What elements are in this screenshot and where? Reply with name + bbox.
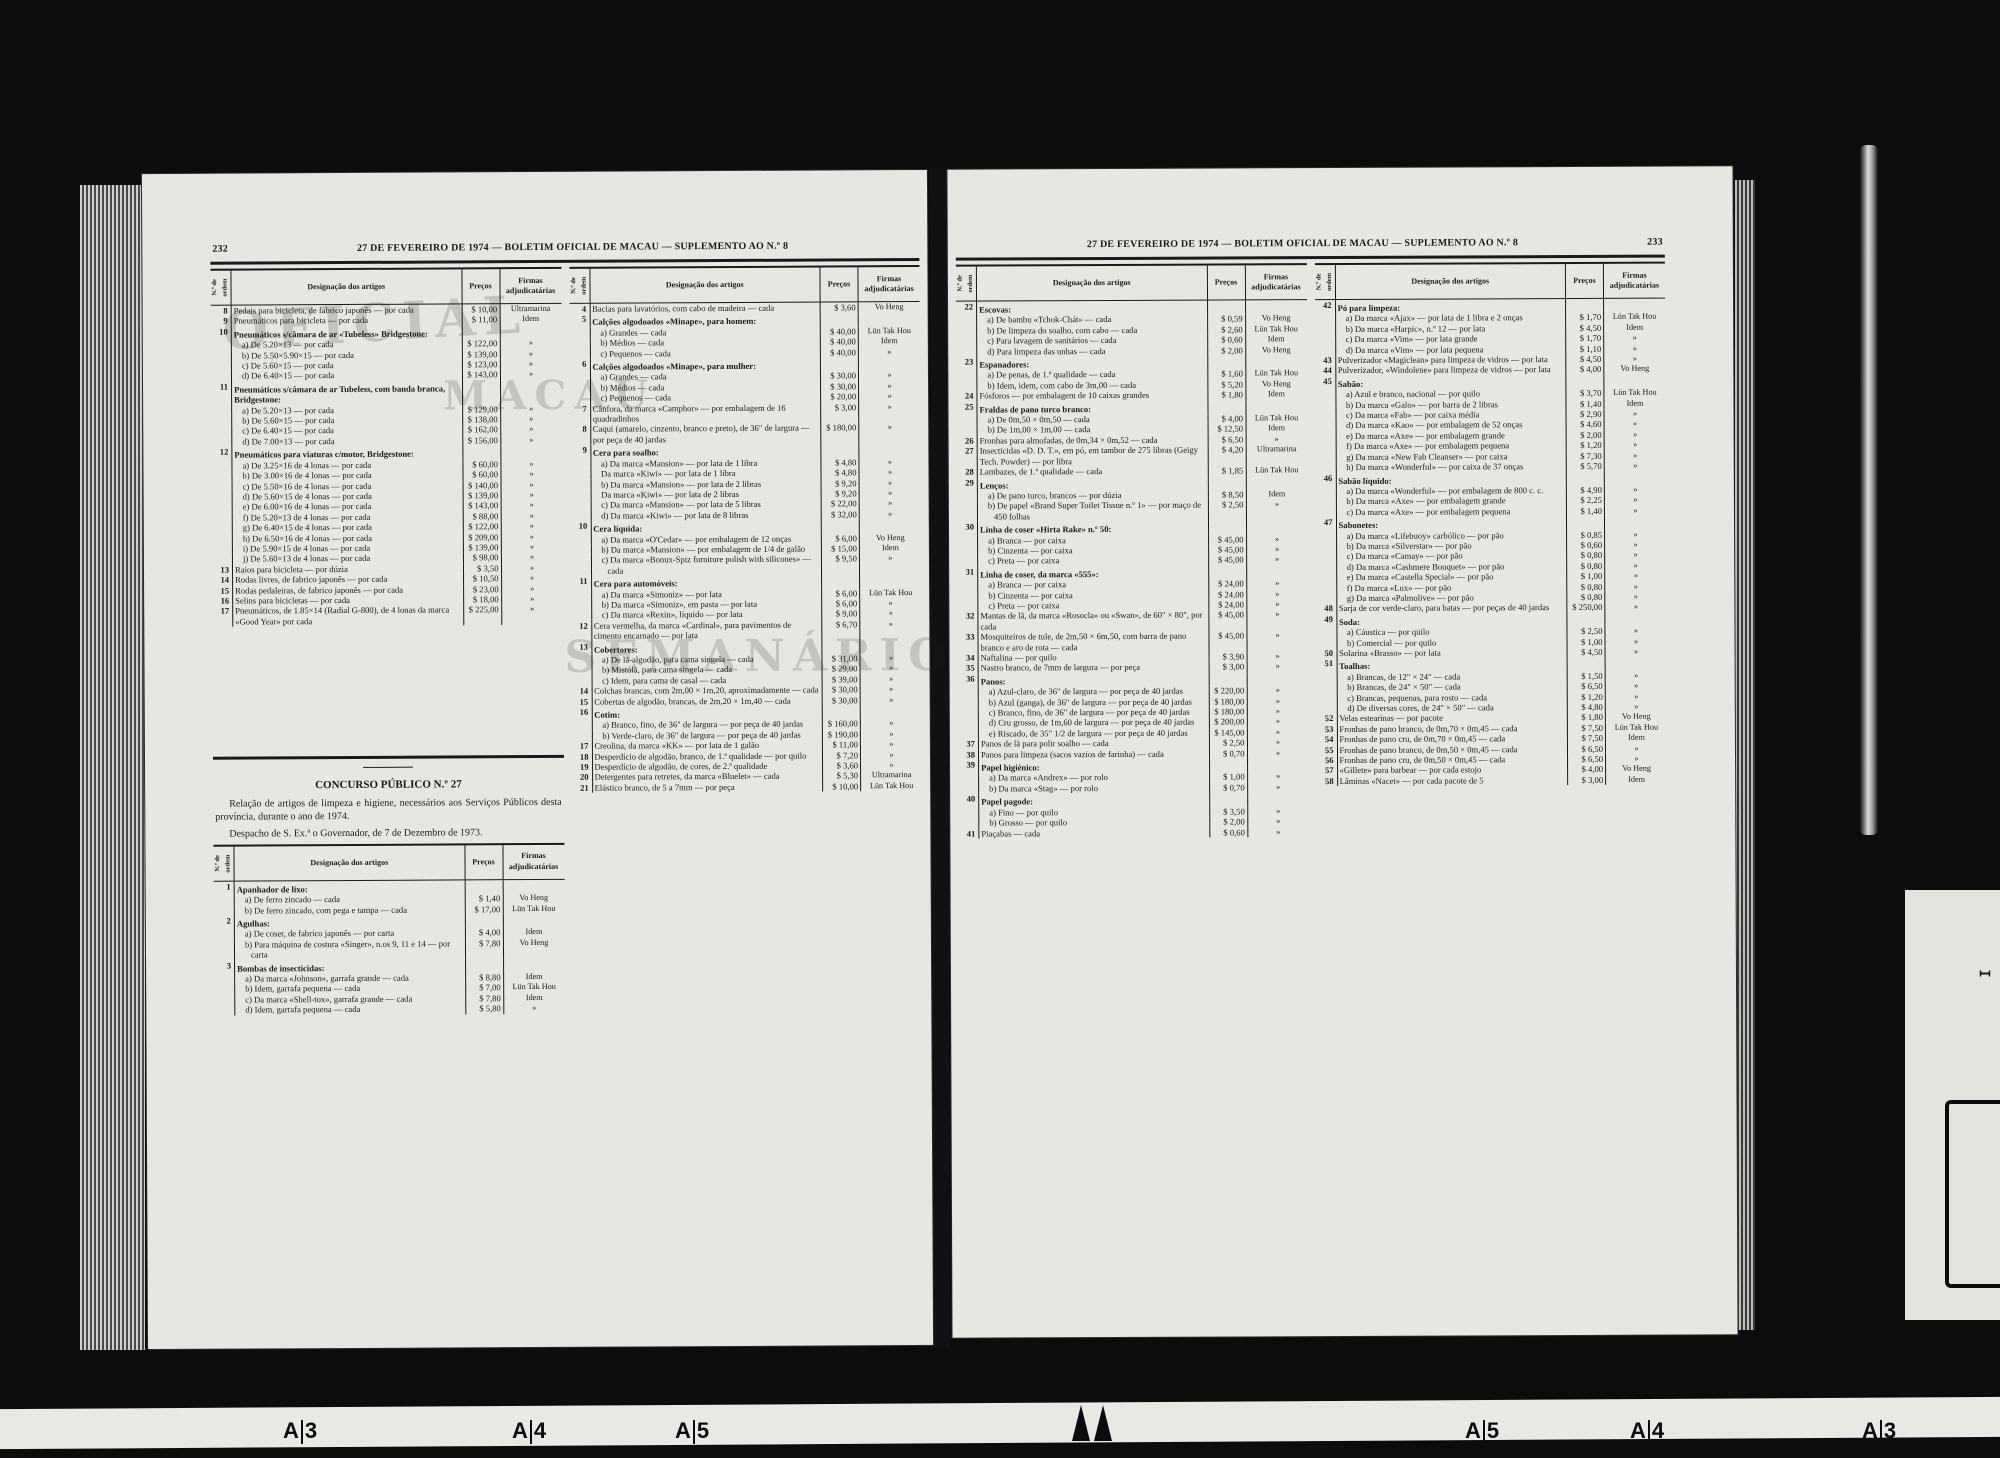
item-firm: » bbox=[500, 435, 562, 446]
item-price: $ 4,80 bbox=[1567, 702, 1605, 713]
item-price: $ 11,00 bbox=[461, 315, 499, 326]
item-price: $ 129,00 bbox=[462, 404, 500, 415]
item-number: 16 bbox=[571, 707, 591, 721]
item-price: $ 40,00 bbox=[820, 326, 858, 337]
item-firm: » bbox=[1605, 670, 1667, 681]
item-number bbox=[214, 905, 234, 916]
item-number bbox=[571, 676, 591, 687]
item-price: $ 1,00 bbox=[1209, 772, 1247, 783]
item-price: $ 15,00 bbox=[821, 543, 859, 554]
item-firm: Idem bbox=[859, 543, 921, 554]
item-firm: » bbox=[1604, 626, 1666, 637]
item-firm: Idem bbox=[1603, 398, 1665, 409]
item-number bbox=[212, 523, 232, 534]
item-firm: Vo Heng bbox=[1603, 364, 1665, 375]
item-price: $ 6,00 bbox=[821, 598, 859, 609]
item-firm: » bbox=[1246, 748, 1308, 759]
item-price bbox=[1207, 355, 1245, 369]
item-number bbox=[571, 610, 591, 621]
item-firm: » bbox=[1604, 592, 1666, 603]
item-number: 49 bbox=[1316, 614, 1336, 627]
item-number bbox=[1315, 462, 1335, 472]
item-price: $ 5,30 bbox=[822, 771, 860, 782]
item-number: 15 bbox=[571, 696, 591, 707]
item-price bbox=[461, 325, 499, 339]
item-firm: Vo Heng bbox=[1245, 345, 1307, 356]
item-price: $ 6,00 bbox=[821, 588, 859, 599]
item-firm: » bbox=[860, 718, 922, 729]
item-firm bbox=[1245, 355, 1307, 369]
item-price: $ 3,60 bbox=[822, 760, 860, 771]
item-firm: » bbox=[1247, 772, 1309, 783]
item-price: $ 3,00 bbox=[820, 402, 858, 423]
item-price: $ 11,00 bbox=[822, 740, 860, 751]
item-price bbox=[1208, 565, 1246, 579]
item-firm: » bbox=[1605, 647, 1667, 658]
item-number: 43 bbox=[1315, 355, 1335, 365]
item-price: $ 8,80 bbox=[465, 972, 503, 983]
item-firm: » bbox=[860, 760, 922, 771]
item-price: $ 7,80 bbox=[464, 938, 502, 959]
item-price: $ 39,00 bbox=[822, 674, 860, 685]
item-firm bbox=[1604, 471, 1666, 485]
item-price: $ 122,00 bbox=[461, 338, 499, 349]
item-number: 34 bbox=[958, 653, 978, 663]
item-price: $ 7,20 bbox=[822, 750, 860, 761]
item-firm: » bbox=[1246, 534, 1308, 545]
item-firm: » bbox=[1247, 827, 1309, 838]
item-firm bbox=[859, 640, 921, 654]
item-firm: Lün Tak Hou bbox=[1603, 312, 1665, 323]
item-designation: Cotim: bbox=[591, 706, 822, 721]
item-firm bbox=[499, 325, 561, 339]
item-number: 52 bbox=[1316, 713, 1336, 723]
item-firm: » bbox=[1246, 706, 1308, 717]
item-price: $ 1,00 bbox=[1566, 636, 1604, 647]
item-firm: » bbox=[858, 370, 920, 381]
item-price: $ 2,50 bbox=[1207, 500, 1245, 521]
table-header: N.º de ordem Designação dos artigos Preç… bbox=[1314, 262, 1665, 301]
item-designation: Linha de coser «Hirta Rake» n.º 50: bbox=[977, 521, 1208, 535]
item-firm: » bbox=[500, 469, 562, 480]
item-number bbox=[957, 425, 977, 435]
item-designation: Toalhas: bbox=[1336, 657, 1567, 671]
item-price bbox=[1207, 476, 1245, 490]
item-price: $ 0,85 bbox=[1566, 529, 1604, 540]
item-number: 39 bbox=[958, 760, 978, 773]
item-firm: Vo Heng bbox=[858, 302, 920, 313]
item-price: $ 22,00 bbox=[821, 499, 859, 510]
item-number: 47 bbox=[1315, 517, 1335, 530]
item-number: 55 bbox=[1316, 745, 1336, 755]
item-price: $ 123,00 bbox=[461, 359, 499, 370]
item-number bbox=[958, 818, 978, 828]
item-price: $ 0,60 bbox=[1209, 827, 1247, 838]
item-number: 3 bbox=[214, 960, 234, 974]
item-number bbox=[569, 372, 589, 383]
item-price: $ 145,00 bbox=[1208, 727, 1246, 738]
item-firm: Idem bbox=[1245, 489, 1307, 500]
item-number bbox=[211, 460, 231, 471]
item-firm: Idem bbox=[1245, 424, 1307, 435]
item-price: $ 12,50 bbox=[1207, 424, 1245, 435]
item-firm: » bbox=[500, 552, 562, 563]
item-number bbox=[1316, 562, 1336, 572]
item-number bbox=[214, 994, 234, 1005]
item-designation: Cera para automóveis: bbox=[591, 575, 822, 590]
item-price: $ 2,90 bbox=[1566, 409, 1604, 420]
item-price: $ 225,00 bbox=[463, 605, 501, 626]
item-price: $ 32,00 bbox=[821, 509, 859, 520]
item-price: $ 4,50 bbox=[1565, 323, 1603, 334]
item-firm: Idem bbox=[1245, 334, 1307, 345]
item-price: $ 209,00 bbox=[462, 532, 500, 543]
item-designation: Caqui (amarelo, cinzento, branco e preto… bbox=[590, 423, 821, 445]
item-price: $ 45,00 bbox=[1208, 534, 1246, 545]
item-price bbox=[1567, 657, 1605, 671]
item-designation: c) Da marca «Bonux-Spiz furniture polish… bbox=[590, 554, 821, 576]
film-marker: A3 bbox=[1862, 1418, 1896, 1444]
item-firm: » bbox=[1246, 554, 1308, 565]
item-price: $ 10,00 bbox=[461, 304, 499, 315]
item-price bbox=[821, 574, 859, 588]
item-firm: » bbox=[1604, 550, 1666, 561]
item-price: $ 3,00 bbox=[1208, 662, 1246, 673]
item-firm: » bbox=[860, 750, 922, 761]
item-number: 6 bbox=[569, 359, 589, 373]
item-price: $ 1,80 bbox=[1567, 712, 1605, 723]
item-firm: » bbox=[1247, 816, 1309, 827]
item-price: $ 0,80 bbox=[1566, 550, 1604, 561]
item-number bbox=[956, 380, 976, 390]
item-firm bbox=[1245, 300, 1307, 314]
item-number: 15 bbox=[212, 585, 232, 596]
item-price: $ 0,80 bbox=[1566, 561, 1604, 572]
item-firm: » bbox=[860, 729, 922, 740]
item-number bbox=[214, 984, 234, 995]
item-firm: » bbox=[1604, 429, 1666, 440]
item-number bbox=[211, 416, 231, 427]
item-designation: Panos: bbox=[978, 672, 1209, 686]
item-number: 48 bbox=[1316, 603, 1336, 613]
item-number bbox=[957, 415, 977, 425]
item-firm: Idem bbox=[1245, 389, 1307, 400]
item-number bbox=[957, 601, 977, 611]
item-price bbox=[465, 959, 503, 973]
item-price bbox=[820, 357, 858, 371]
item-number bbox=[956, 315, 976, 325]
adjacent-frame-shape bbox=[1945, 1100, 2000, 1288]
item-firm: Ultramarina bbox=[860, 770, 922, 781]
running-head-left: 232 27 DE FEVEREIRO DE 1974 — BOLETIM OF… bbox=[212, 240, 917, 255]
item-firm: » bbox=[500, 490, 562, 501]
item-price: $ 1,60 bbox=[1207, 369, 1245, 380]
item-firm: » bbox=[1603, 354, 1665, 365]
item-number: 28 bbox=[957, 467, 977, 477]
item-price: $ 30,00 bbox=[822, 685, 860, 696]
adjacent-frame-text: ⵊ bbox=[1977, 970, 1993, 977]
item-firm: Lün Tak Hou bbox=[1245, 413, 1307, 424]
item-number: 21 bbox=[572, 783, 592, 794]
item-price: $ 30,00 bbox=[822, 695, 860, 706]
item-price: $ 5,20 bbox=[1207, 379, 1245, 390]
item-firm: » bbox=[858, 347, 920, 358]
item-firm: » bbox=[499, 338, 561, 349]
item-designation: b) Para máquina de costura «Singer», n.o… bbox=[234, 938, 465, 960]
item-number bbox=[1315, 431, 1335, 441]
item-firm: » bbox=[858, 422, 920, 443]
item-firm: Lün Tak Hou bbox=[1245, 324, 1307, 335]
item-price bbox=[1566, 471, 1604, 485]
item-firm: » bbox=[1247, 806, 1309, 817]
item-number bbox=[211, 350, 231, 361]
item-number: 12 bbox=[211, 447, 231, 461]
item-number: 14 bbox=[212, 575, 232, 586]
item-price: $ 4,00 bbox=[1207, 413, 1245, 424]
item-price: $ 1,50 bbox=[1567, 671, 1605, 682]
item-price: $ 4,00 bbox=[1567, 764, 1605, 775]
item-firm: Lün Tak Hou bbox=[859, 588, 921, 599]
item-number: 45 bbox=[1315, 376, 1335, 389]
item-number: 26 bbox=[957, 435, 977, 445]
right-page-column-1: N.º de ordem Designação dos artigos Preç… bbox=[956, 263, 1311, 1318]
item-firm: » bbox=[859, 477, 921, 488]
item-number: 44 bbox=[1315, 365, 1335, 375]
item-firm bbox=[500, 445, 562, 459]
item-price: $ 2,00 bbox=[1566, 430, 1604, 441]
left-page-column-2: N.º de ordem Designação dos artigos Preç… bbox=[569, 265, 925, 1327]
item-number: 56 bbox=[1317, 755, 1337, 765]
item-price: $ 156,00 bbox=[462, 435, 500, 446]
item-firm: » bbox=[859, 608, 921, 619]
item-price: $ 30,00 bbox=[820, 381, 858, 392]
item-number: 13 bbox=[571, 641, 591, 655]
contest-description: Relação de artigos de limpeza e higiene,… bbox=[215, 796, 562, 824]
item-price: $ 6,50 bbox=[1207, 434, 1245, 445]
item-number bbox=[214, 1005, 234, 1016]
book-gutter bbox=[930, 168, 950, 1348]
item-number bbox=[958, 783, 978, 793]
item-price bbox=[462, 380, 500, 404]
item-price bbox=[1566, 613, 1604, 627]
item-price: $ 2,00 bbox=[1207, 345, 1245, 356]
item-number bbox=[957, 580, 977, 590]
film-marker: AA|33 bbox=[283, 1418, 317, 1444]
item-number bbox=[958, 807, 978, 817]
item-firm: Lün Tak Hou bbox=[1245, 369, 1307, 380]
item-number bbox=[958, 728, 978, 738]
item-designation: Insecticidas «D. D. T.», em pó, em tambo… bbox=[977, 445, 1208, 467]
item-firm: Idem bbox=[503, 993, 565, 1004]
item-number: 22 bbox=[956, 302, 976, 315]
item-price: $ 4,50 bbox=[1565, 354, 1603, 365]
item-firm: Lün Tak Hou bbox=[1603, 388, 1665, 399]
item-price: $ 9,20 bbox=[821, 478, 859, 489]
item-number: 42 bbox=[1315, 300, 1335, 313]
item-firm: Idem bbox=[499, 314, 561, 325]
item-designation: Sabão: bbox=[1335, 375, 1566, 389]
item-price: $ 60,00 bbox=[462, 459, 500, 470]
item-price: $ 1,20 bbox=[1567, 691, 1605, 702]
item-number: 20 bbox=[572, 772, 592, 783]
item-number: 25 bbox=[956, 401, 976, 414]
item-price: $ 0,60 bbox=[1207, 335, 1245, 346]
item-firm: Vo Heng bbox=[859, 533, 921, 544]
item-firm: » bbox=[1605, 743, 1667, 754]
item-firm: Lün Tak Hou bbox=[502, 903, 564, 914]
item-number bbox=[1316, 703, 1336, 713]
item-firm: » bbox=[1604, 450, 1666, 461]
item-price bbox=[820, 313, 858, 327]
item-designation: Pneumáticos para viaturas c/motor, Bridg… bbox=[231, 446, 462, 461]
item-number bbox=[1316, 638, 1336, 648]
item-number: 30 bbox=[957, 522, 977, 535]
item-number: 27 bbox=[957, 446, 977, 467]
item-price: $ 200,00 bbox=[1208, 717, 1246, 728]
item-designation: Escovas: bbox=[976, 301, 1207, 315]
item-price: $ 5,80 bbox=[465, 1003, 503, 1014]
item-price: $ 9,00 bbox=[821, 609, 859, 620]
item-designation: Papel higiénico: bbox=[978, 759, 1209, 773]
item-designation: Cobertores: bbox=[591, 640, 822, 655]
item-number bbox=[1315, 389, 1335, 399]
item-firm bbox=[1246, 565, 1308, 579]
running-head-right: 27 DE FEVEREIRO DE 1974 — BOLETIM OFICIA… bbox=[958, 237, 1663, 251]
item-price: $ 10,50 bbox=[463, 573, 501, 584]
item-price bbox=[462, 445, 500, 459]
item-firm: » bbox=[860, 695, 922, 706]
item-firm: » bbox=[1246, 696, 1308, 707]
item-number bbox=[1315, 507, 1335, 517]
item-price: $ 140,00 bbox=[462, 480, 500, 491]
item-price: $ 2,50 bbox=[1208, 738, 1246, 749]
item-price: $ 250,00 bbox=[1566, 602, 1604, 613]
item-price: $ 122,00 bbox=[462, 521, 500, 532]
item-firm: » bbox=[500, 521, 562, 532]
item-number bbox=[211, 426, 231, 437]
item-firm: » bbox=[858, 381, 920, 392]
item-number bbox=[957, 490, 977, 500]
item-price: $ 10,00 bbox=[822, 781, 860, 792]
item-number bbox=[214, 939, 234, 960]
item-price: $ 1,40 bbox=[1566, 506, 1604, 517]
item-firm: » bbox=[858, 391, 920, 402]
item-firm: » bbox=[1604, 409, 1666, 420]
center-notch-mark bbox=[1072, 1405, 1090, 1441]
item-firm: » bbox=[1604, 560, 1666, 571]
item-price: $ 0,70 bbox=[1209, 782, 1247, 793]
item-designation: Calções algodoados «Minape», para mulher… bbox=[589, 358, 820, 373]
item-price: $ 3,00 bbox=[1567, 775, 1605, 786]
item-number bbox=[212, 544, 232, 555]
item-firm bbox=[503, 958, 565, 972]
item-designation: Lâminas «Nacet» — por cada pacote de 5 bbox=[1337, 775, 1568, 786]
item-designation: Sabão líquido: bbox=[1335, 472, 1566, 486]
item-firm: » bbox=[1246, 651, 1308, 662]
items-table: 4Bacias para lavatórios, com cabo de mad… bbox=[569, 302, 925, 1327]
item-price: $ 139,00 bbox=[462, 490, 500, 501]
table-end-rule bbox=[213, 755, 564, 760]
item-number bbox=[1315, 441, 1335, 451]
item-firm: » bbox=[1604, 495, 1666, 506]
page-number: 233 bbox=[1647, 237, 1663, 248]
item-number bbox=[1315, 400, 1335, 410]
item-firm: Idem bbox=[1605, 733, 1667, 744]
item-price: $ 162,00 bbox=[462, 425, 500, 436]
item-number bbox=[1316, 693, 1336, 703]
item-price: $ 0,60 bbox=[1566, 540, 1604, 551]
item-price: $ 17,00 bbox=[464, 904, 502, 915]
item-number: 9 bbox=[211, 316, 231, 327]
item-price: $ 4,00 bbox=[1565, 364, 1603, 375]
item-firm: Lün Tak Hou bbox=[860, 781, 922, 792]
item-firm: Idem bbox=[1603, 322, 1665, 333]
item-firm: » bbox=[501, 583, 563, 594]
film-marker: A5 bbox=[1465, 1418, 1499, 1444]
item-number: 16 bbox=[212, 596, 232, 607]
item-designation: Cânfora, da marca «Camphor» — por embala… bbox=[590, 402, 821, 424]
page-233: 27 DE FEVEREIRO DE 1974 — BOLETIM OFICIA… bbox=[947, 166, 1737, 1337]
item-firm bbox=[1245, 476, 1307, 490]
item-firm: » bbox=[1603, 343, 1665, 354]
item-number: 8 bbox=[570, 424, 590, 445]
item-number: 4 bbox=[569, 304, 589, 315]
table-header: N.º de ordem Designação dos artigos Preç… bbox=[210, 267, 561, 306]
item-price bbox=[822, 705, 860, 719]
item-number: 24 bbox=[956, 391, 976, 401]
item-firm bbox=[1247, 758, 1309, 772]
item-number bbox=[571, 600, 591, 611]
running-head-text: 27 DE FEVEREIRO DE 1974 — BOLETIM OFICIA… bbox=[1087, 237, 1518, 250]
item-number: 51 bbox=[1316, 658, 1336, 671]
item-number: 57 bbox=[1317, 765, 1337, 775]
item-firm: » bbox=[859, 653, 921, 664]
item-firm: » bbox=[500, 479, 562, 490]
item-designation: Mosquiteiros de tule, de 2m,50 × 6m,50, … bbox=[977, 631, 1208, 653]
item-number bbox=[212, 481, 232, 492]
item-price: $ 0,80 bbox=[1566, 581, 1604, 592]
item-firm: » bbox=[860, 674, 922, 685]
item-price: $ 2,50 bbox=[1566, 626, 1604, 637]
item-number bbox=[956, 325, 976, 335]
item-firm: Lün Tak Hou bbox=[1245, 465, 1307, 476]
center-notch-mark bbox=[1094, 1405, 1112, 1441]
item-firm: » bbox=[500, 531, 562, 542]
item-price: $ 88,00 bbox=[462, 511, 500, 522]
item-firm: Vo Heng bbox=[502, 893, 564, 904]
item-price bbox=[1208, 672, 1246, 686]
item-number bbox=[571, 665, 591, 676]
item-designation: Papel pagode: bbox=[978, 793, 1209, 807]
item-price: $ 98,00 bbox=[462, 553, 500, 564]
item-firm: Ultramarina bbox=[1245, 444, 1307, 465]
item-designation: Pó para limpeza: bbox=[1335, 299, 1566, 313]
item-firm: Vo Heng bbox=[1245, 379, 1307, 390]
item-number bbox=[211, 371, 231, 382]
item-firm: » bbox=[500, 500, 562, 511]
item-number bbox=[1315, 486, 1335, 496]
book-page-edges-right bbox=[1735, 180, 1755, 1330]
item-number bbox=[958, 718, 978, 728]
item-firm: » bbox=[859, 509, 921, 520]
item-price: $ 160,00 bbox=[822, 719, 860, 730]
item-number: 14 bbox=[571, 686, 591, 697]
item-price: $ 1,00 bbox=[1566, 571, 1604, 582]
item-number bbox=[211, 340, 231, 351]
item-designation: Cera para soalho: bbox=[590, 444, 821, 459]
item-number bbox=[957, 546, 977, 556]
item-number: 18 bbox=[571, 751, 591, 762]
